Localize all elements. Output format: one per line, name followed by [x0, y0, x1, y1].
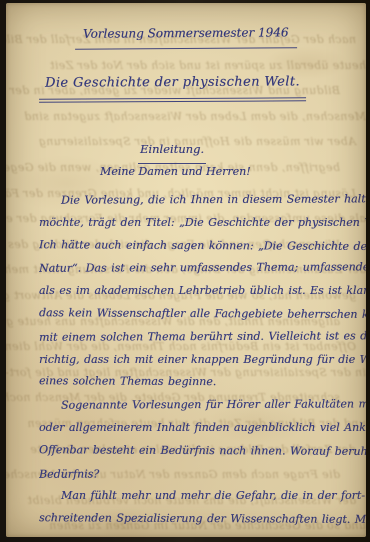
manuscript-content: Vorlesung Sommersemester 1946 Die Geschi… [6, 3, 366, 537]
lecture-header: Vorlesung Sommersemester 1946 [6, 22, 366, 49]
manuscript-line: mit einem solchen Thema berührt sind. Vi… [39, 325, 366, 349]
manuscript-line: Die Vorlesung, die ich Ihnen in diesem S… [39, 189, 366, 213]
manuscript-line: möchte, trägt den Titel: „Die Geschichte… [39, 212, 366, 235]
manuscript-paper: nach der Gefahr der Wissenschaften in de… [6, 3, 366, 537]
section-heading: Einleitung. [6, 138, 366, 164]
manuscript-line: schreitenden Spezialisierung der Wissens… [39, 507, 366, 531]
manuscript-line: Bedürfnis? [39, 462, 366, 486]
manuscript-line: Man fühlt mehr und mehr die Gefahr, die … [39, 485, 366, 508]
manuscript-line: Natur“. Das ist ein sehr umfassendes The… [39, 257, 366, 281]
section-heading-text: Einleitung. [138, 138, 206, 164]
manuscript-line: als es im akademischen Lehrbetrieb üblic… [39, 280, 366, 303]
lecture-header-text: Vorlesung Sommersemester 1946 [75, 21, 297, 49]
manuscript-line: Ich hätte auch einfach sagen können: „Di… [39, 234, 366, 259]
manuscript-line: richtig, dass ich mit einer knappen Begr… [39, 349, 366, 372]
scanned-page: nach der Gefahr der Wissenschaften in de… [0, 0, 370, 542]
manuscript-body: Die Vorlesung, die ich Ihnen in diesem S… [39, 189, 366, 531]
manuscript-line: dass kein Wissenschaftler alle Fachgebie… [39, 302, 366, 327]
manuscript-title: Die Geschichte der physischen Welt. [6, 72, 366, 102]
manuscript-line: eines solchen Themas beginne. [39, 371, 366, 396]
salutation-line: Meine Damen und Herren! [100, 161, 251, 184]
manuscript-line: oder allgemeinerem Inhalt finden augenbl… [39, 417, 366, 440]
manuscript-title-text: Die Geschichte der physischen Welt. [38, 71, 305, 102]
manuscript-line: Offenbar besteht ein Bedürfnis nach ihne… [39, 439, 366, 464]
manuscript-line: Sogenannte Vorlesungen für Hörer aller F… [39, 393, 366, 417]
